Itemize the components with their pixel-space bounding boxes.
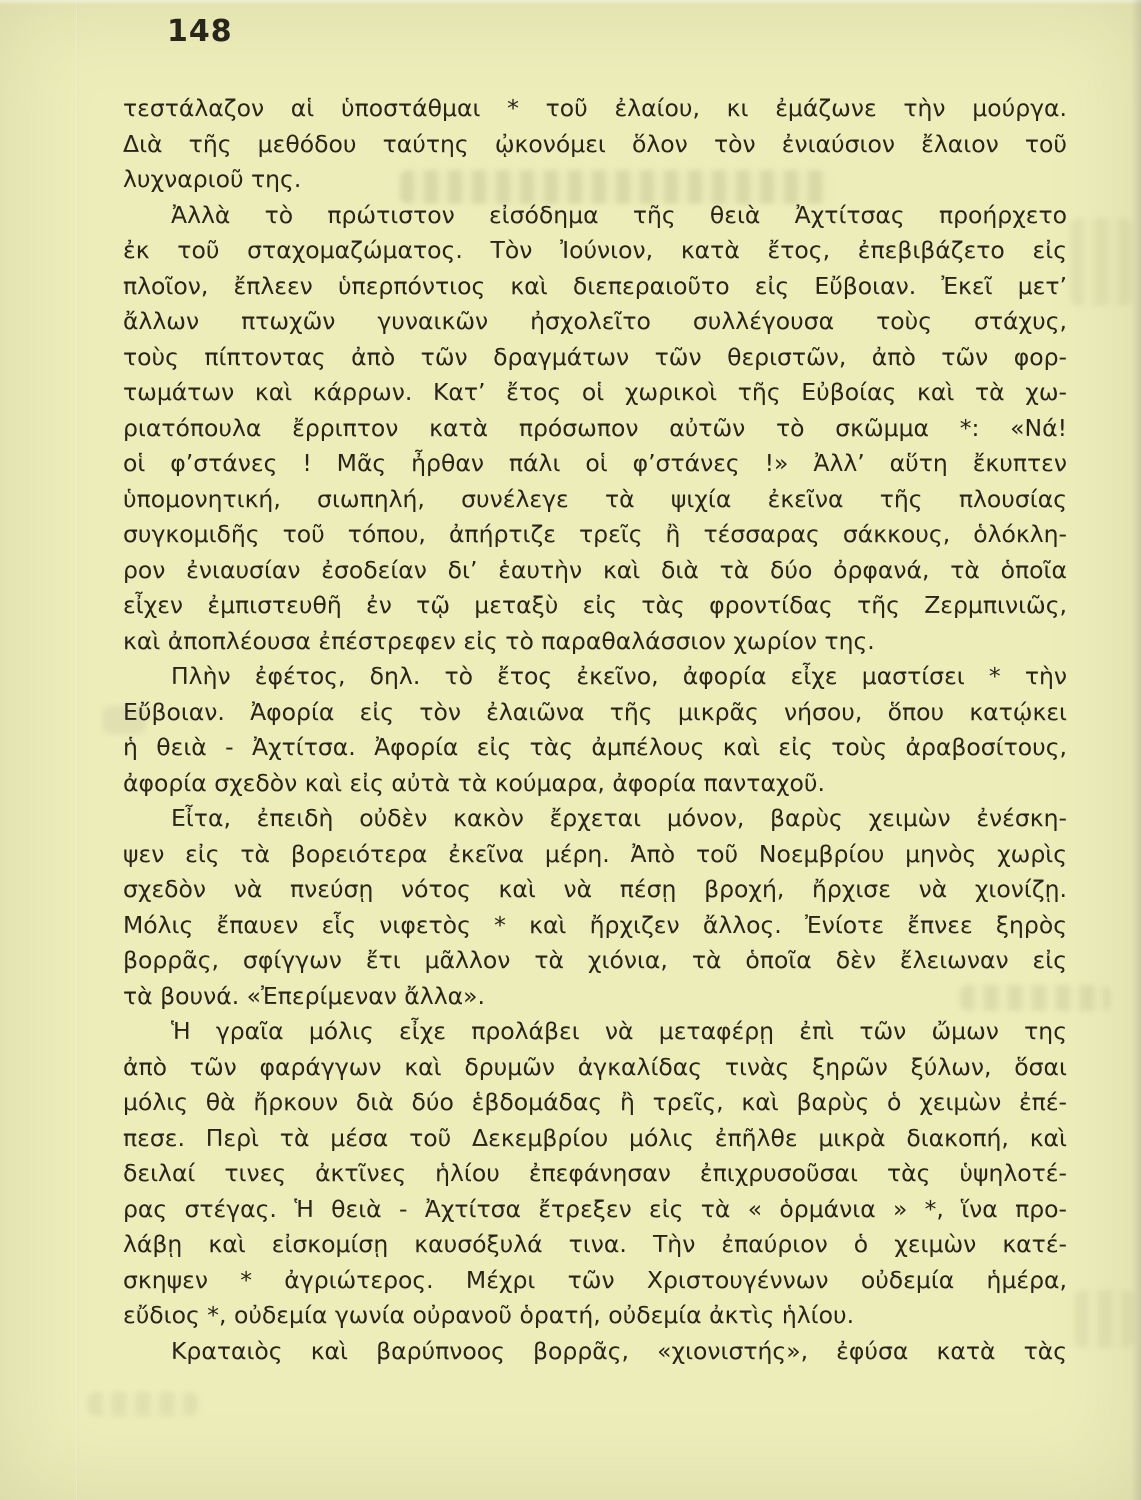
text-line: λάβῃ καὶ εἰσκομίσῃ καυσόξυλά τινα. Τὴν ἐ…	[123, 1227, 1067, 1263]
text-line: Ἡ γραῖα μόλις εἶχε προλάβει νὰ μεταφέρῃ …	[123, 1014, 1067, 1050]
text-line: σχεδὸν νὰ πνεύσῃ νότος καὶ νὰ πέσῃ βροχή…	[123, 872, 1067, 908]
text-line: ρον ἐνιαυσίαν ἐσοδείαν δι’ ἑαυτὴν καὶ δι…	[123, 553, 1067, 589]
book-page: 148 τεστάλαζον αἱ ὑποστάθμαι * τοῦ ἐλαίο…	[0, 0, 1141, 1500]
page-right-edge-shadow	[1131, 0, 1141, 1500]
text-line: μόλις θὰ ἤρκουν διὰ δύο ἑβδομάδας ἢ τρεῖ…	[123, 1085, 1067, 1121]
text-line: ὑπομονητική, σιωπηλή, συνέλεγε τὰ ψιχία …	[123, 482, 1067, 518]
text-line: λυχναριοῦ της.	[123, 162, 1067, 198]
text-line: Μόλις ἔπαυεν εἷς νιφετὸς * καὶ ἤρχιζεν ἄ…	[123, 908, 1067, 944]
text-line: τοὺς πίπτοντας ἀπὸ τῶν δραγμάτων τῶν θερ…	[123, 340, 1067, 376]
text-line: Εἶτα, ἐπειδὴ οὐδὲν κακὸν ἔρχεται μόνον, …	[123, 801, 1067, 837]
paragraph: Ἡ γραῖα μόλις εἶχε προλάβει νὰ μεταφέρῃ …	[123, 1014, 1067, 1334]
page-text: τεστάλαζον αἱ ὑποστάθμαι * τοῦ ἐλαίου, κ…	[123, 91, 1067, 1369]
text-line: τωμάτων καὶ κάρρων. Κατ’ ἔτος οἱ χωρικοὶ…	[123, 375, 1067, 411]
text-line: ἡ θειὰ - Ἀχτίτσα. Ἀφορία εἰς τὰς ἀμπέλου…	[123, 730, 1067, 766]
paragraph: Εἶτα, ἐπειδὴ οὐδὲν κακὸν ἔρχεται μόνον, …	[123, 801, 1067, 1014]
text-line: Διὰ τῆς μεθόδου ταύτης ᾠκονόμει ὅλον τὸν…	[123, 127, 1067, 163]
paragraph: τεστάλαζον αἱ ὑποστάθμαι * τοῦ ἐλαίου, κ…	[123, 91, 1067, 198]
text-line: βορρᾶς, σφίγγων ἔτι μᾶλλον τὰ χιόνια, τὰ…	[123, 943, 1067, 979]
text-line: δειλαί τινες ἀκτῖνες ἡλίου ἐπεφάνησαν ἐπ…	[123, 1156, 1067, 1192]
bleedthrough-smudge	[1074, 1290, 1134, 1348]
text-line: Κραταιὸς καὶ βαρύπνοος βορρᾶς, «χιονιστή…	[123, 1334, 1067, 1370]
paragraph: Πλὴν ἐφέτος, δηλ. τὸ ἔτος ἐκεῖνο, ἀφορία…	[123, 659, 1067, 801]
text-line: σκηψεν * ἀγριώτερος. Μέχρι τῶν Χριστουγέ…	[123, 1263, 1067, 1299]
text-line: ἐκ τοῦ σταχομαζώματος. Τὸν Ἰούνιον, κατὰ…	[123, 233, 1067, 269]
text-line: πλοῖον, ἔπλεεν ὑπερπόντιος καὶ διεπεραιο…	[123, 269, 1067, 305]
bleedthrough-smudge	[88, 1392, 198, 1416]
page-number: 148	[167, 14, 233, 49]
text-line: ριατόπουλα ἔρριπτον κατὰ πρόσωπον αὐτῶν …	[123, 411, 1067, 447]
text-line: Πλὴν ἐφέτος, δηλ. τὸ ἔτος ἐκεῖνο, ἀφορία…	[123, 659, 1067, 695]
text-line: εἶχεν ἐμπιστευθῆ ἐν τῷ μεταξὺ εἰς τὰς φρ…	[123, 588, 1067, 624]
text-line: Ἀλλὰ τὸ πρώτιστον εἰσόδημα τῆς θειὰ Ἀχτί…	[123, 198, 1067, 234]
text-line: ρας στέγας. Ἡ θειὰ - Ἀχτίτσα ἔτρεξεν εἰς…	[123, 1192, 1067, 1228]
page-top-edge-highlight	[0, 0, 1141, 5]
text-line: ἀφορία σχεδὸν καὶ εἰς αὐτὰ τὰ κούμαρα, ἀ…	[123, 766, 1067, 802]
text-line: τεστάλαζον αἱ ὑποστάθμαι * τοῦ ἐλαίου, κ…	[123, 91, 1067, 127]
text-line: οἱ φ’στάνες ! Μᾶς ἦρθαν πάλι οἱ φ’στάνες…	[123, 446, 1067, 482]
text-line: συγκομιδῆς τοῦ τόπου, ἀπήρτιζε τρεῖς ἢ τ…	[123, 517, 1067, 553]
text-line: ψεν εἰς τὰ βορειότερα ἐκεῖνα μέρη. Ἀπὸ τ…	[123, 837, 1067, 873]
text-line: ἀπὸ τῶν φαράγγων καὶ δρυμῶν ἀγκαλίδας τι…	[123, 1050, 1067, 1086]
paragraph: Ἀλλὰ τὸ πρώτιστον εἰσόδημα τῆς θειὰ Ἀχτί…	[123, 198, 1067, 660]
text-line: πεσε. Περὶ τὰ μέσα τοῦ Δεκεμβρίου μόλις …	[123, 1121, 1067, 1157]
paragraph: Κραταιὸς καὶ βαρύπνοος βορρᾶς, «χιονιστή…	[123, 1334, 1067, 1370]
text-line: τὰ βουνά. «Ἐπερίμεναν ἄλλα».	[123, 979, 1067, 1015]
text-line: καὶ ἀποπλέουσα ἐπέστρεφεν εἰς τὸ παραθαλ…	[123, 624, 1067, 660]
text-line: ἄλλων πτωχῶν γυναικῶν ἠσχολεῖτο συλλέγου…	[123, 304, 1067, 340]
text-line: εὔδιος *, οὐδεμία γωνία οὐρανοῦ ὁρατή, ο…	[123, 1298, 1067, 1334]
text-line: Εὔβοιαν. Ἀφορία εἰς τὸν ἐλαιῶνα τῆς μικρ…	[123, 695, 1067, 731]
bleedthrough-smudge	[1070, 218, 1132, 306]
paper-crease	[76, 0, 78, 1500]
